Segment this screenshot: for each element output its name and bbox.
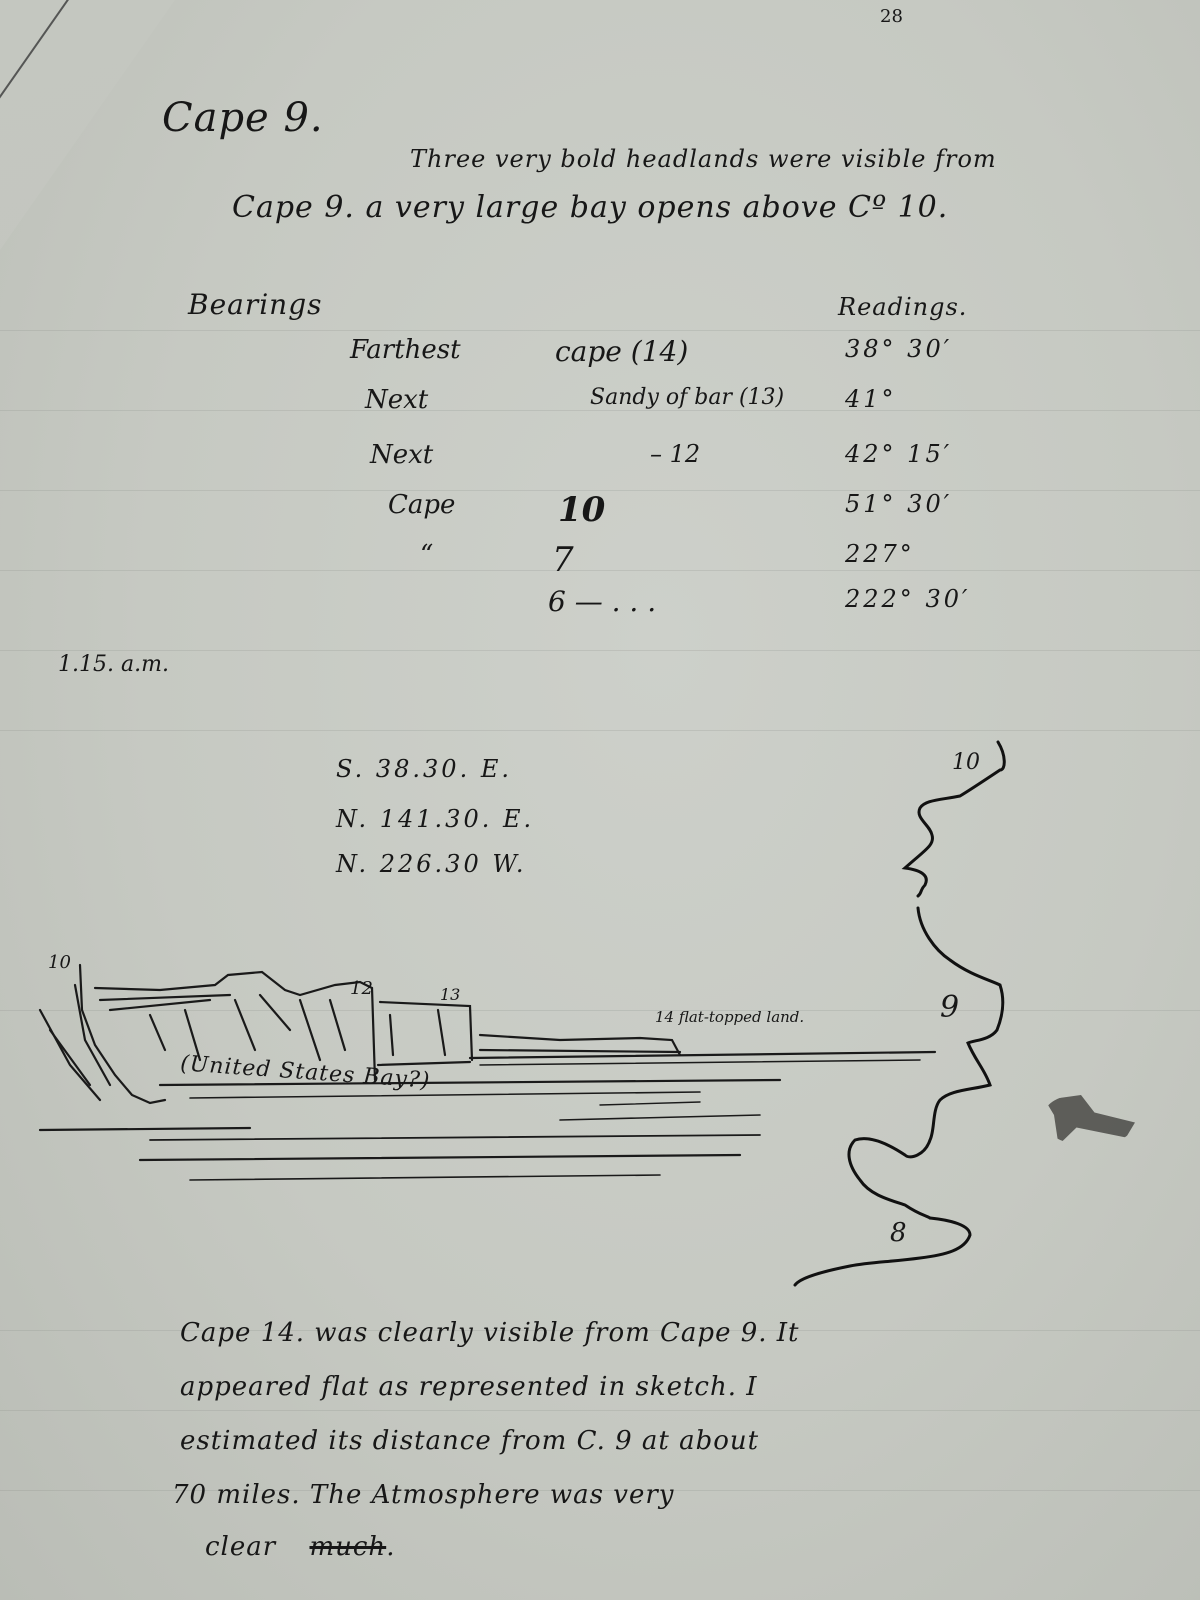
map-label-cape-10: 10: [952, 750, 980, 775]
sketch-label-cape-14: 14 flat-topped land.: [655, 1008, 804, 1026]
map-label-cape-8: 8: [890, 1218, 907, 1248]
narrative-line: Cape 14. was clearly visible from Cape 9…: [180, 1318, 800, 1348]
coastline-sketch: [0, 0, 1200, 1600]
struck-word: much: [309, 1532, 386, 1562]
narrative-line: appeared flat as represented in sketch. …: [180, 1372, 758, 1402]
sketch-label-cape-12: 12: [350, 978, 373, 999]
narrative-last-word: clear: [205, 1532, 276, 1562]
sketch-label-cape-13: 13: [440, 985, 460, 1004]
narrative-line: clear much.: [205, 1532, 395, 1562]
narrative-line: 70 miles. The Atmosphere was very: [172, 1480, 674, 1510]
map-label-cape-9: 9: [940, 990, 959, 1025]
narrative-line: estimated its distance from C. 9 at abou…: [180, 1426, 759, 1456]
sketch-label-cape-10: 10: [48, 952, 71, 973]
